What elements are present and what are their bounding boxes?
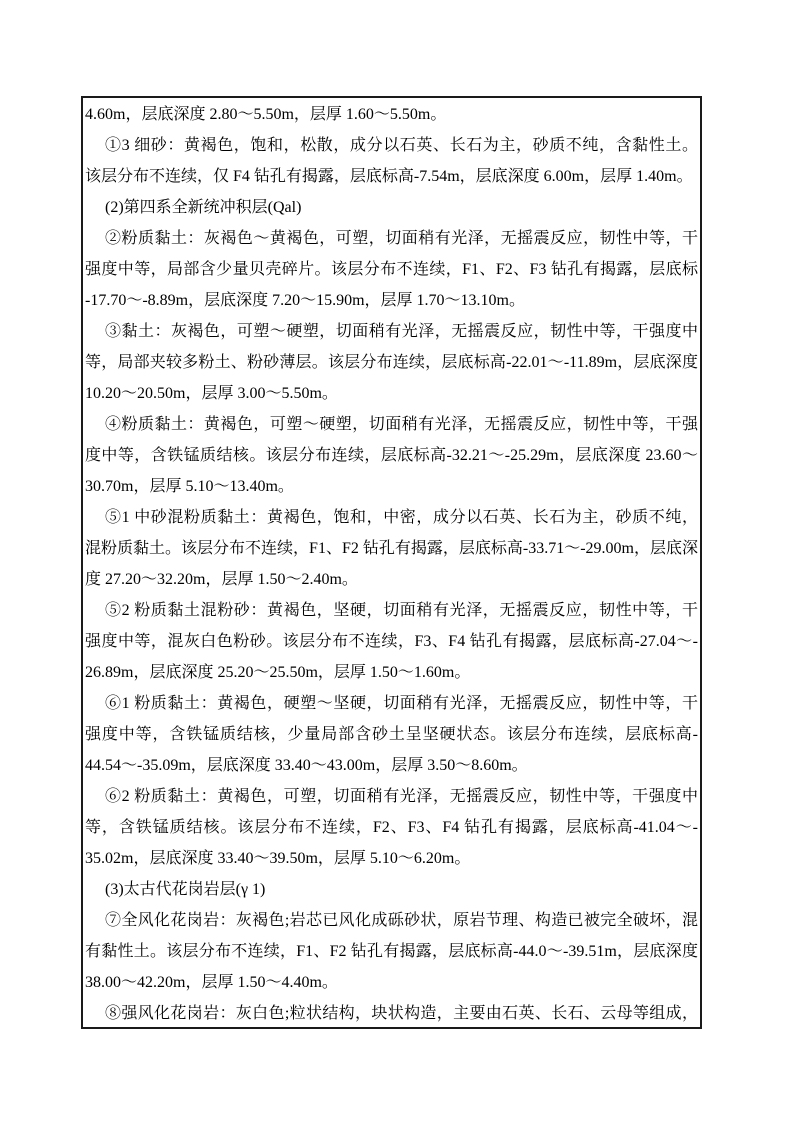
text-line: ①3 细砂：黄褐色，饱和，松散，成分以石英、长石为主，砂质不纯，含黏性土。 xyxy=(85,130,698,161)
text-line: 10.20～20.50m，层厚 3.00～5.50m。 xyxy=(85,378,698,409)
text-line: -17.70～-8.89m，层底深度 7.20～15.90m，层厚 1.70～1… xyxy=(85,285,698,316)
para-layer-4-silty-clay: ④粉质黏土：黄褐色，可塑～硬塑，切面稍有光泽，无摇震反应，韧性中等，干强 度中等… xyxy=(85,409,698,502)
para-layer-1-3-fine-sand: ①3 细砂：黄褐色，饱和，松散，成分以石英、长石为主，砂质不纯，含黏性土。 该层… xyxy=(85,130,698,192)
text-line: 等，局部夹较多粉土、粉砂薄层。该层分布连续，层底标高-22.01～-11.89m… xyxy=(85,347,698,378)
text-line: ④粉质黏土：黄褐色，可塑～硬塑，切面稍有光泽，无摇震反应，韧性中等，干强 xyxy=(85,409,698,440)
text-line: 强度中等，局部含少量贝壳碎片。该层分布不连续，F1、F2、F3 钻孔有揭露，层底… xyxy=(85,254,698,285)
para-layer-2-silty-clay: ②粉质黏土：灰褐色～黄褐色，可塑，切面稍有光泽，无摇震反应，韧性中等，干 强度中… xyxy=(85,223,698,316)
text-line: ⑥2 粉质黏土：黄褐色，可塑，切面稍有光泽，无摇震反应，韧性中等，干强度中 xyxy=(85,781,698,812)
section-heading-granite: (3)太古代花岗岩层(γ 1) xyxy=(85,874,698,905)
text-line: 混粉质黏土。该层分布不连续，F1、F2 钻孔有揭露，层底标高-33.71～-29… xyxy=(85,533,698,564)
text-line: 该层分布不连续，仅 F4 钻孔有揭露，层底标高-7.54m，层底深度 6.00m… xyxy=(85,161,698,192)
text-line: 度 27.20～32.20m，层厚 1.50～2.40m。 xyxy=(85,564,698,595)
text-line: 强度中等，含铁锰质结核，少量局部含砂土呈坚硬状态。该层分布连续，层底标高- xyxy=(85,719,698,750)
section-heading-qal: (2)第四系全新统冲积层(Qal) xyxy=(85,192,698,223)
para-layer-5-1-medium-sand: ⑤1 中砂混粉质黏土：黄褐色，饱和，中密，成分以石英、长石为主，砂质不纯， 混粉… xyxy=(85,502,698,595)
para-layer-8-strongly-weathered-granite: ⑧强风化花岗岩：灰白色;粒状结构，块状构造，主要由石英、长石、云母等组成， xyxy=(85,998,698,1029)
text-line: 等，含铁锰质结核。该层分布不连续，F2、F3、F4 钻孔有揭露，层底标高-41.… xyxy=(85,812,698,843)
text-line: 38.00～42.20m，层厚 1.50～4.40m。 xyxy=(85,967,698,998)
text-line: 35.02m，层底深度 33.40～39.50m，层厚 5.10～6.20m。 xyxy=(85,843,698,874)
text-line: ⑥1 粉质黏土：黄褐色，硬塑～坚硬，切面稍有光泽，无摇震反应，韧性中等，干 xyxy=(85,688,698,719)
geotech-description-table-cell: 4.60m，层底深度 2.80～5.50m，层厚 1.60～5.50m。 ①3 … xyxy=(81,96,702,1029)
text-line: 度中等，含铁锰质结核。该层分布连续，层底标高-32.21～-25.29m，层底深… xyxy=(85,440,698,471)
text-line: ⑦全风化花岗岩：灰褐色;岩芯已风化成砾砂状，原岩节理、构造已被完全破坏，混 xyxy=(85,905,698,936)
text-line: (3)太古代花岗岩层(γ 1) xyxy=(85,874,698,905)
para-layer-5-2-silty-clay-sand: ⑤2 粉质黏土混粉砂：黄褐色，坚硬，切面稍有光泽，无摇震反应，韧性中等，干 强度… xyxy=(85,595,698,688)
text-line: 44.54～-35.09m，层底深度 33.40～43.00m，层厚 3.50～… xyxy=(85,750,698,781)
text-line: ③黏土：灰褐色，可塑～硬塑，切面稍有光泽，无摇震反应，韧性中等，干强度中 xyxy=(85,316,698,347)
text-line: 26.89m，层底深度 25.20～25.50m，层厚 1.50～1.60m。 xyxy=(85,657,698,688)
para-continuation: 4.60m，层底深度 2.80～5.50m，层厚 1.60～5.50m。 xyxy=(85,99,698,130)
text-line: ⑤2 粉质黏土混粉砂：黄褐色，坚硬，切面稍有光泽，无摇震反应，韧性中等，干 xyxy=(85,595,698,626)
text-line: 30.70m，层厚 5.10～13.40m。 xyxy=(85,471,698,502)
text-line: ②粉质黏土：灰褐色～黄褐色，可塑，切面稍有光泽，无摇震反应，韧性中等，干 xyxy=(85,223,698,254)
text-line: 有黏性土。该层分布不连续，F1、F2 钻孔有揭露，层底标高-44.0～-39.5… xyxy=(85,936,698,967)
text-line: ⑧强风化花岗岩：灰白色;粒状结构，块状构造，主要由石英、长石、云母等组成， xyxy=(85,998,698,1029)
document-page: 4.60m，层底深度 2.80～5.50m，层厚 1.60～5.50m。 ①3 … xyxy=(0,0,793,1122)
para-layer-6-2-silty-clay: ⑥2 粉质黏土：黄褐色，可塑，切面稍有光泽，无摇震反应，韧性中等，干强度中 等，… xyxy=(85,781,698,874)
text-line: 强度中等，混灰白色粉砂。该层分布不连续，F3、F4 钻孔有揭露，层底标高-27.… xyxy=(85,626,698,657)
para-layer-6-1-silty-clay: ⑥1 粉质黏土：黄褐色，硬塑～坚硬，切面稍有光泽，无摇震反应，韧性中等，干 强度… xyxy=(85,688,698,781)
para-layer-7-fully-weathered-granite: ⑦全风化花岗岩：灰褐色;岩芯已风化成砾砂状，原岩节理、构造已被完全破坏，混 有黏… xyxy=(85,905,698,998)
para-layer-3-clay: ③黏土：灰褐色，可塑～硬塑，切面稍有光泽，无摇震反应，韧性中等，干强度中 等，局… xyxy=(85,316,698,409)
text-line: ⑤1 中砂混粉质黏土：黄褐色，饱和，中密，成分以石英、长石为主，砂质不纯， xyxy=(85,502,698,533)
text-line: 4.60m，层底深度 2.80～5.50m，层厚 1.60～5.50m。 xyxy=(85,99,698,130)
text-line: (2)第四系全新统冲积层(Qal) xyxy=(85,192,698,223)
